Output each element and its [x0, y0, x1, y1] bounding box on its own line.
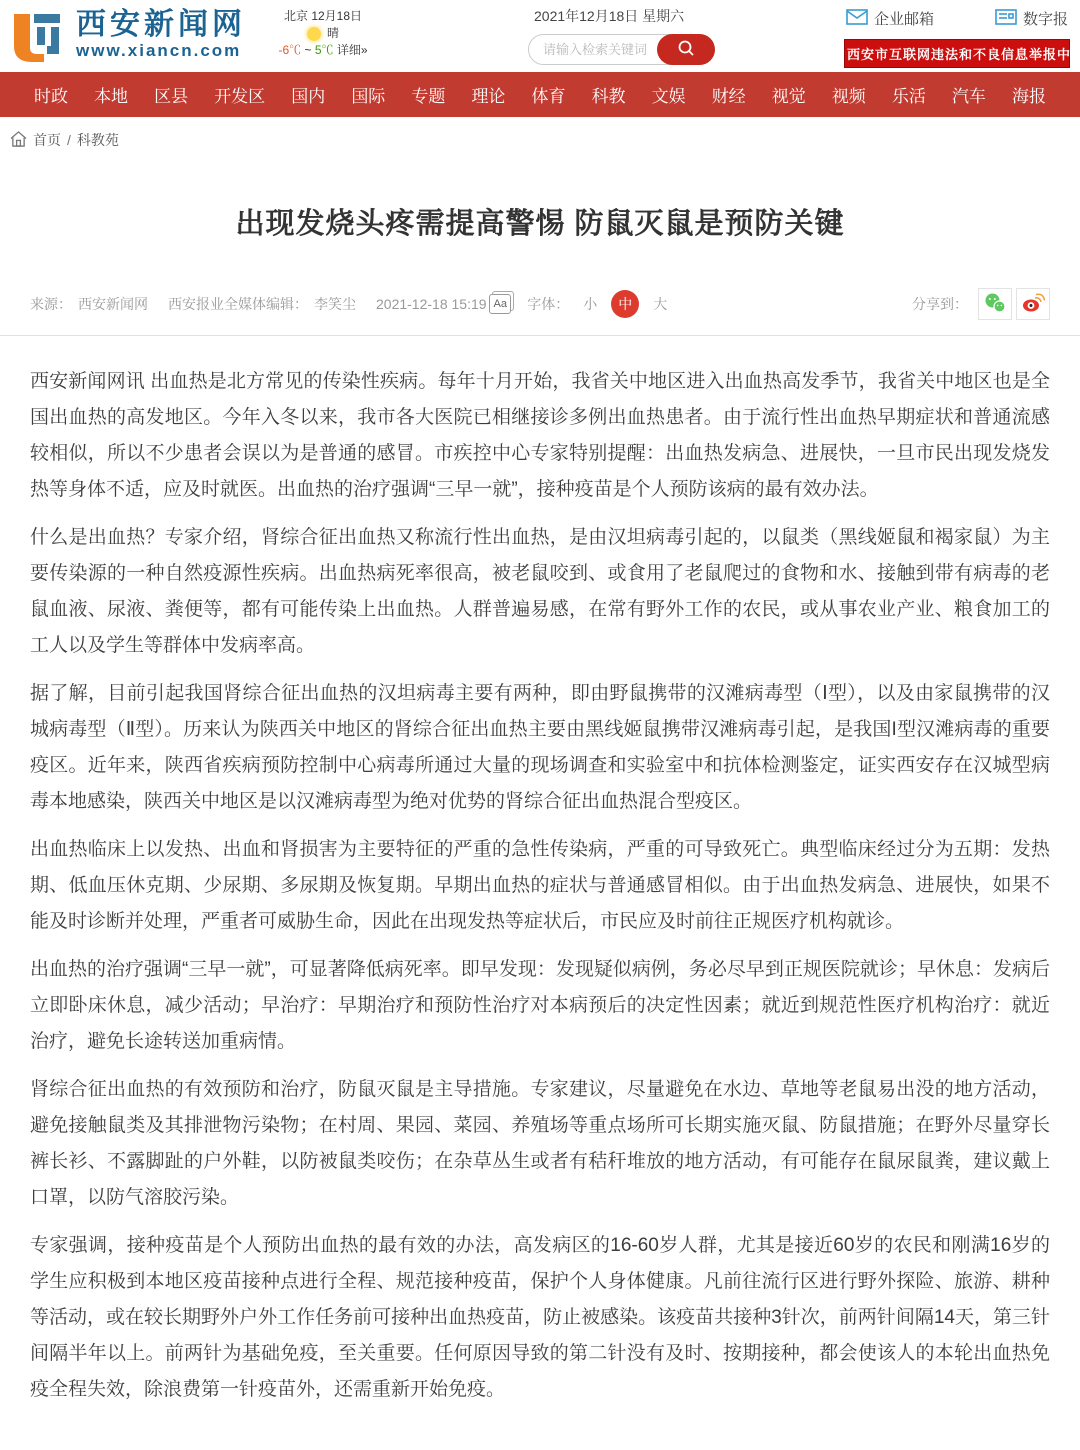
weather-widget: 北京 12月18日 晴 -6℃ ~ 5℃ 详细»: [268, 8, 378, 59]
share-label: 分享到：: [912, 294, 968, 314]
search-bar: [528, 34, 713, 65]
weather-city: 北京: [284, 9, 308, 23]
site-logo-icon: [8, 6, 66, 64]
site-logo[interactable]: 西安新闻网 www.xiancn.com: [8, 6, 246, 64]
digital-paper-link[interactable]: 数字报: [995, 8, 1068, 29]
newspaper-icon: [995, 9, 1017, 29]
article: 出现发烧头疼需提高警惕 防鼠灭鼠是预防关键 来源： 西安新闻网 西安报业全媒体编…: [0, 201, 1080, 1450]
weather-date: 12月18日: [311, 9, 362, 23]
breadcrumb-home[interactable]: 首页: [33, 130, 61, 150]
font-size-medium-button[interactable]: 中: [611, 290, 639, 318]
temp-separator: ~: [304, 43, 311, 57]
breadcrumb-current[interactable]: 科教苑: [77, 130, 119, 150]
nav-item-guoji[interactable]: 国际: [351, 82, 385, 107]
editor-value: 李笑尘: [314, 294, 356, 314]
weather-city-date: 北京 12月18日: [268, 8, 378, 25]
digital-paper-label: 数字报: [1023, 8, 1068, 29]
nav-item-tiyu[interactable]: 体育: [532, 82, 566, 107]
illegal-info-report-banner[interactable]: 西安市互联网违法和不良信息举报中心: [844, 39, 1070, 68]
nav-item-shizheng[interactable]: 时政: [34, 82, 68, 107]
article-paragraph: 出血热的治疗强调“三早一就”，可显著降低病死率。即早发现：发现疑似病例，务必尽早…: [30, 952, 1050, 1060]
font-size-label: 字体：: [527, 294, 569, 314]
share-controls: 分享到：: [667, 288, 1050, 320]
share-wechat-button[interactable]: [978, 288, 1012, 320]
nav-item-shijue[interactable]: 视觉: [772, 82, 806, 107]
font-size-small-button[interactable]: 小: [583, 294, 597, 314]
article-body: 西安新闻网讯 出血热是北方常见的传染性疾病。每年十月开始，我省关中地区进入出血热…: [0, 336, 1080, 1450]
enterprise-mail-label: 企业邮箱: [874, 8, 934, 29]
search-button[interactable]: [657, 34, 715, 65]
article-meta: 来源： 西安新闻网 西安报业全媒体编辑： 李笑尘 2021-12-18 15:1…: [0, 288, 1080, 320]
weather-temps: -6℃ ~ 5℃ 详细»: [268, 42, 378, 59]
breadcrumb-separator: /: [67, 132, 71, 148]
current-date: 2021年12月18日 星期六: [528, 6, 728, 26]
weather-condition: 晴: [327, 25, 339, 42]
nav-item-zhuanti[interactable]: 专题: [411, 82, 445, 107]
nav-item-caijing[interactable]: 财经: [712, 82, 746, 107]
publish-time: 2021-12-18 15:19: [376, 296, 487, 312]
sun-icon: [307, 27, 321, 41]
search-icon: [676, 38, 696, 61]
mail-icon: [846, 9, 868, 29]
nav-item-kejiao[interactable]: 科教: [592, 82, 626, 107]
header-middle: 2021年12月18日 星期六: [528, 6, 728, 65]
site-name: 西安新闻网: [76, 9, 246, 41]
nav-item-kaifaqu[interactable]: 开发区: [214, 82, 265, 107]
page: 西安新闻网 www.xiancn.com 北京 12月18日 晴 -6℃ ~ 5…: [0, 0, 1080, 1450]
nav-item-wenyu[interactable]: 文娱: [652, 82, 686, 107]
temp-high: 5℃: [315, 43, 334, 57]
nav-item-lilun[interactable]: 理论: [471, 82, 505, 107]
font-size-large-button[interactable]: 大: [653, 294, 667, 314]
article-paragraph: 西安新闻网讯 出血热是北方常见的传染性疾病。每年十月开始，我省关中地区进入出血热…: [30, 364, 1050, 508]
weather-detail-link[interactable]: 详细»: [337, 43, 368, 57]
share-weibo-button[interactable]: [1016, 288, 1050, 320]
article-paragraph: 什么是出血热？专家介绍，肾综合征出血热又称流行性出血热，是由汉坦病毒引起的，以鼠…: [30, 520, 1050, 664]
header-right: 企业邮箱 数字报 西安市互联网违法和不良信息举报中心: [844, 6, 1070, 68]
font-size-icon: Aa: [489, 294, 511, 314]
nav-item-shipin[interactable]: 视频: [832, 82, 866, 107]
article-paragraph: 肾综合征出血热的有效预防和治疗，防鼠灭鼠是主导措施。专家建议，尽量避免在水边、草…: [30, 1072, 1050, 1216]
temp-low: -6℃: [278, 43, 301, 57]
site-logo-text: 西安新闻网 www.xiancn.com: [76, 9, 246, 61]
font-size-controls: Aa 字体： 小 中 大: [489, 290, 667, 318]
home-icon: [10, 131, 27, 150]
editor-label: 西安报业全媒体编辑：: [168, 294, 308, 314]
nav-item-bendi[interactable]: 本地: [94, 82, 128, 107]
main-navigation: 时政 本地 区县 开发区 国内 国际 专题 理论 体育 科教 文娱 财经 视觉 …: [0, 72, 1080, 117]
nav-item-haibao[interactable]: 海报: [1012, 82, 1046, 107]
article-meta-left: 来源： 西安新闻网 西安报业全媒体编辑： 李笑尘 2021-12-18 15:1…: [30, 294, 489, 314]
source-label: 来源：: [30, 294, 72, 314]
breadcrumb: 首页 / 科教苑: [0, 117, 1080, 161]
nav-item-quxian[interactable]: 区县: [154, 82, 188, 107]
article-title: 出现发烧头疼需提高警惕 防鼠灭鼠是预防关键: [40, 201, 1040, 242]
nav-item-lehuo[interactable]: 乐活: [892, 82, 926, 107]
article-paragraph: 据了解，目前引起我国肾综合征出血热的汉坦病毒主要有两种，即由野鼠携带的汉滩病毒型…: [30, 676, 1050, 820]
source-value: 西安新闻网: [78, 294, 148, 314]
site-header: 西安新闻网 www.xiancn.com 北京 12月18日 晴 -6℃ ~ 5…: [0, 0, 1080, 72]
weibo-icon: [1021, 292, 1045, 317]
article-paragraph: 专家强调，接种疫苗是个人预防出血热的最有效的办法，高发病区的16-60岁人群，尤…: [30, 1228, 1050, 1408]
nav-item-guonei[interactable]: 国内: [291, 82, 325, 107]
site-url: www.xiancn.com: [76, 41, 246, 61]
article-paragraph: 出血热临床上以发热、出血和肾损害为主要特征的严重的急性传染病，严重的可导致死亡。…: [30, 832, 1050, 940]
nav-item-qiche[interactable]: 汽车: [952, 82, 986, 107]
enterprise-mail-link[interactable]: 企业邮箱: [846, 8, 934, 29]
wechat-icon: [983, 292, 1007, 317]
